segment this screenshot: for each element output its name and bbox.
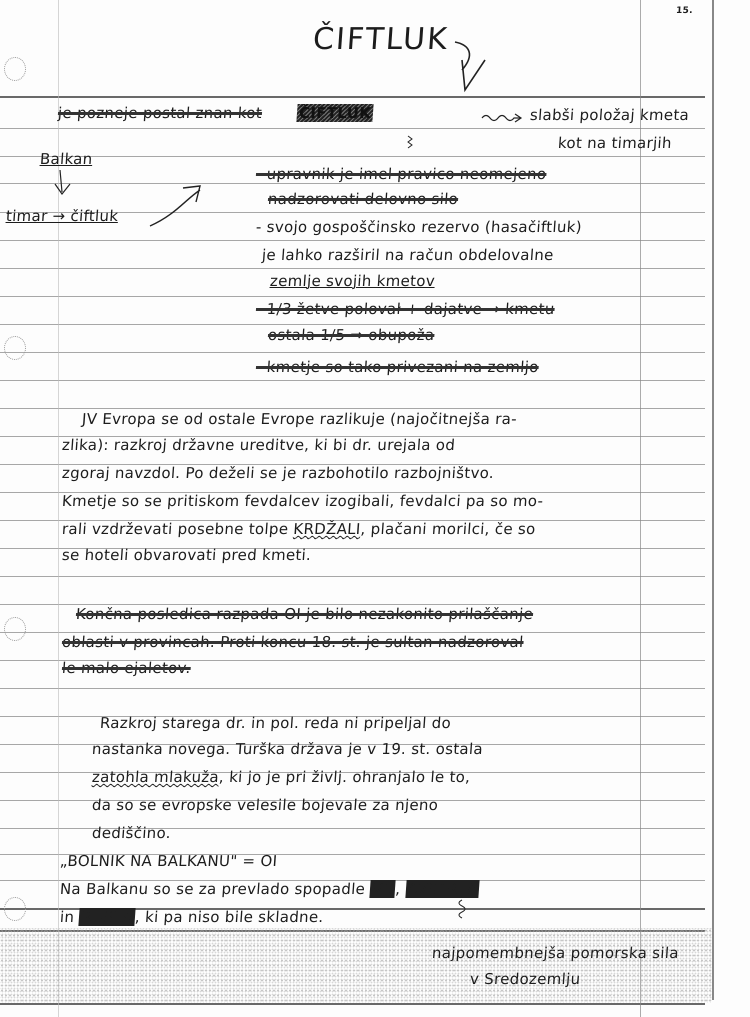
paragraph-3-line: Razkroj starega dr. in pol. reda ni prip… [99, 714, 451, 732]
paragraph-4-prefix: Na Balkanu so se za prevlado spopadle [59, 880, 365, 898]
paragraph-1-line: rali vzdrževati posebne tolpe KRDŽALI, p… [61, 520, 536, 538]
paragraph-3-line: zatohla mlakuža, ki jo je pri življ. ohr… [91, 768, 471, 786]
note-line-1: slabši položaj kmeta [529, 106, 689, 124]
side-note-timar: timar → čiftluk [5, 207, 119, 225]
side-note-balkan: Balkan [39, 150, 93, 168]
bullet-1-line-2: nadzorovati delovno silo [267, 190, 458, 208]
notebook-page: 15. ČIFTLUK je pozneje postal znan kot Č… [0, 0, 750, 1017]
paragraph-4-line-1: Na Balkanu so se za prevlado spopadle VB… [59, 880, 480, 898]
paragraph-3-line: dediščino. [91, 824, 171, 842]
bullet-4-line-1: - kmetje so tako privezani na zemljo [255, 358, 539, 376]
note-line-2: kot na timarjih [557, 134, 672, 152]
redacted-vb: VB [370, 880, 396, 898]
footnote-line-1: najpomembnejša pomorska sila [431, 944, 679, 962]
struck-text: je pozneje postal znan kot [57, 104, 262, 122]
paragraph-4-suffix: , ki pa niso bile skladne. [134, 908, 324, 926]
paragraph-1-line: zgoraj navzdol. Po deželi se je razbohot… [61, 464, 494, 482]
bullet-1-line-1: - upravnik je imel pravico neomejeno [255, 165, 547, 183]
scribbled-term: ČIFTLUK [296, 104, 373, 122]
paragraph-2-line: le malo ejaletov. [61, 659, 191, 677]
heading-bolnik: „BOLNIK NA BALKANU" = OI [59, 852, 278, 870]
redacted-avstrija: AVSTRIJA [405, 880, 480, 898]
paragraph-3-line: nastanka novega. Turška država je v 19. … [91, 740, 483, 758]
emphasized-term: KRDŽALI [293, 520, 361, 538]
paragraph-4-line-2: in RUSIJA, ki pa niso bile skladne. [59, 908, 324, 926]
intro-line: je pozneje postal znan kot ČIFTLUK [57, 104, 373, 122]
redacted-rusija: RUSIJA [79, 908, 136, 926]
emphasized-term: zatohla mlakuža [91, 768, 219, 786]
bullet-2-line-3: zemlje svojih kmetov [269, 272, 435, 290]
paragraph-1-line: zlika): razkroj državne ureditve, ki bi … [61, 436, 455, 454]
paragraph-1-line: Kmetje so se pritiskom fevdalcev izogiba… [61, 492, 544, 510]
bullet-3-line-2: ostala 1/5 ⇒ obupoža [267, 326, 435, 344]
paragraph-1-line: se hoteli obvarovati pred kmeti. [61, 546, 311, 564]
paragraph-1-line: JV Evropa se od ostale Evrope razlikuje … [81, 410, 517, 428]
footnote-line-2: v Sredozemlju [469, 970, 581, 988]
paragraph-3-line: da so se evropske velesile bojevale za n… [91, 796, 439, 814]
paragraph-2-line: oblasti v provincah. Proti koncu 18. st.… [61, 633, 524, 651]
bullet-3-line-1: - 1/3 žetve polovał + dajatve → kmetu [255, 300, 555, 318]
paragraph-2-line: Končna posledica razpada OI je bilo neza… [75, 605, 533, 623]
bullet-2-line-2: je lahko razširil na račun obdelovalne [261, 246, 554, 264]
paragraph-4-in: in [59, 908, 75, 926]
bullet-2-line-1: - svojo gospoščinsko rezervo (hasačiftlu… [255, 218, 582, 236]
